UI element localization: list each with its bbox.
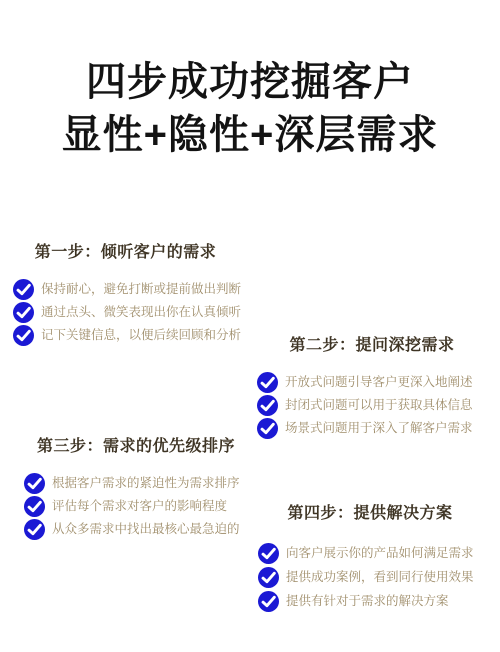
list-item-text: 根据客户需求的紧迫性为需求排序: [52, 473, 240, 494]
page-title: 四步成功挖掘客户 显性+隐性+深层需求: [0, 56, 500, 162]
list-item: 向客户展示你的产品如何满足需求: [258, 543, 482, 564]
check-circle-icon: [13, 302, 34, 323]
list-item: 提供有针对于需求的解决方案: [258, 591, 482, 612]
list-item-text: 从众多需求中找出最核心最急迫的: [52, 519, 240, 540]
list-item: 开放式问题引导客户更深入地阐述: [257, 372, 487, 393]
list-item: 场景式问题用于深入了解客户需求: [257, 418, 487, 439]
step-2-heading: 第二步：提问深挖需求: [257, 334, 487, 358]
list-item: 记下关键信息，以便后续回顾和分析: [13, 325, 238, 346]
check-circle-icon: [24, 519, 45, 540]
list-item: 封闭式问题可以用于获取具体信息: [257, 395, 487, 416]
step-1-heading: 第一步：倾听客户的需求: [13, 241, 238, 265]
step-4-heading: 第四步：提供解决方案: [258, 502, 482, 526]
step-4-checklist: 向客户展示你的产品如何满足需求 提供成功案例，看到同行使用效果 提供有针对于需求…: [258, 543, 482, 612]
list-item: 保持耐心，避免打断或提前做出判断: [13, 279, 238, 300]
list-item: 通过点头、微笑表现出你在认真倾听: [13, 302, 238, 323]
step-2-checklist: 开放式问题引导客户更深入地阐述 封闭式问题可以用于获取具体信息 场景式问题用于深…: [257, 372, 487, 439]
list-item-text: 场景式问题用于深入了解客户需求: [285, 418, 473, 439]
list-item-text: 保持耐心，避免打断或提前做出判断: [41, 279, 241, 300]
list-item-text: 封闭式问题可以用于获取具体信息: [285, 395, 473, 416]
check-circle-icon: [258, 591, 279, 612]
list-item: 从众多需求中找出最核心最急迫的: [24, 519, 248, 540]
step-3-checklist: 根据客户需求的紧迫性为需求排序 评估每个需求对客户的影响程度 从众多需求中找出最…: [24, 473, 248, 540]
check-circle-icon: [257, 372, 278, 393]
list-item: 评估每个需求对客户的影响程度: [24, 496, 248, 517]
check-circle-icon: [258, 567, 279, 588]
step-3-heading: 第三步：需求的优先级排序: [24, 435, 248, 459]
step-4-section: 第四步：提供解决方案 向客户展示你的产品如何满足需求 提供成功案例，看到同行使用…: [258, 502, 482, 615]
check-circle-icon: [257, 395, 278, 416]
list-item-text: 开放式问题引导客户更深入地阐述: [285, 372, 473, 393]
check-circle-icon: [24, 496, 45, 517]
page-title-line-2: 显性+隐性+深层需求: [0, 109, 500, 162]
infographic-card: 四步成功挖掘客户 显性+隐性+深层需求 第一步：倾听客户的需求 保持耐心，避免打…: [0, 0, 500, 652]
list-item-text: 记下关键信息，以便后续回顾和分析: [41, 325, 241, 346]
check-circle-icon: [13, 279, 34, 300]
check-circle-icon: [257, 418, 278, 439]
list-item-text: 评估每个需求对客户的影响程度: [52, 496, 227, 517]
check-circle-icon: [258, 543, 279, 564]
list-item-text: 通过点头、微笑表现出你在认真倾听: [41, 302, 241, 323]
step-1-section: 第一步：倾听客户的需求 保持耐心，避免打断或提前做出判断 通过点头、微笑表现出你…: [13, 241, 238, 348]
step-1-checklist: 保持耐心，避免打断或提前做出判断 通过点头、微笑表现出你在认真倾听 记下关键信息…: [13, 279, 238, 346]
list-item-text: 提供成功案例，看到同行使用效果: [286, 567, 474, 588]
list-item: 提供成功案例，看到同行使用效果: [258, 567, 482, 588]
page-title-line-1: 四步成功挖掘客户: [0, 56, 500, 109]
list-item-text: 向客户展示你的产品如何满足需求: [286, 543, 474, 564]
step-2-section: 第二步：提问深挖需求 开放式问题引导客户更深入地阐述 封闭式问题可以用于获取具体…: [257, 334, 487, 441]
list-item-text: 提供有针对于需求的解决方案: [286, 591, 449, 612]
step-3-section: 第三步：需求的优先级排序 根据客户需求的紧迫性为需求排序 评估每个需求对客户的影…: [24, 435, 248, 542]
check-circle-icon: [13, 325, 34, 346]
list-item: 根据客户需求的紧迫性为需求排序: [24, 473, 248, 494]
check-circle-icon: [24, 473, 45, 494]
